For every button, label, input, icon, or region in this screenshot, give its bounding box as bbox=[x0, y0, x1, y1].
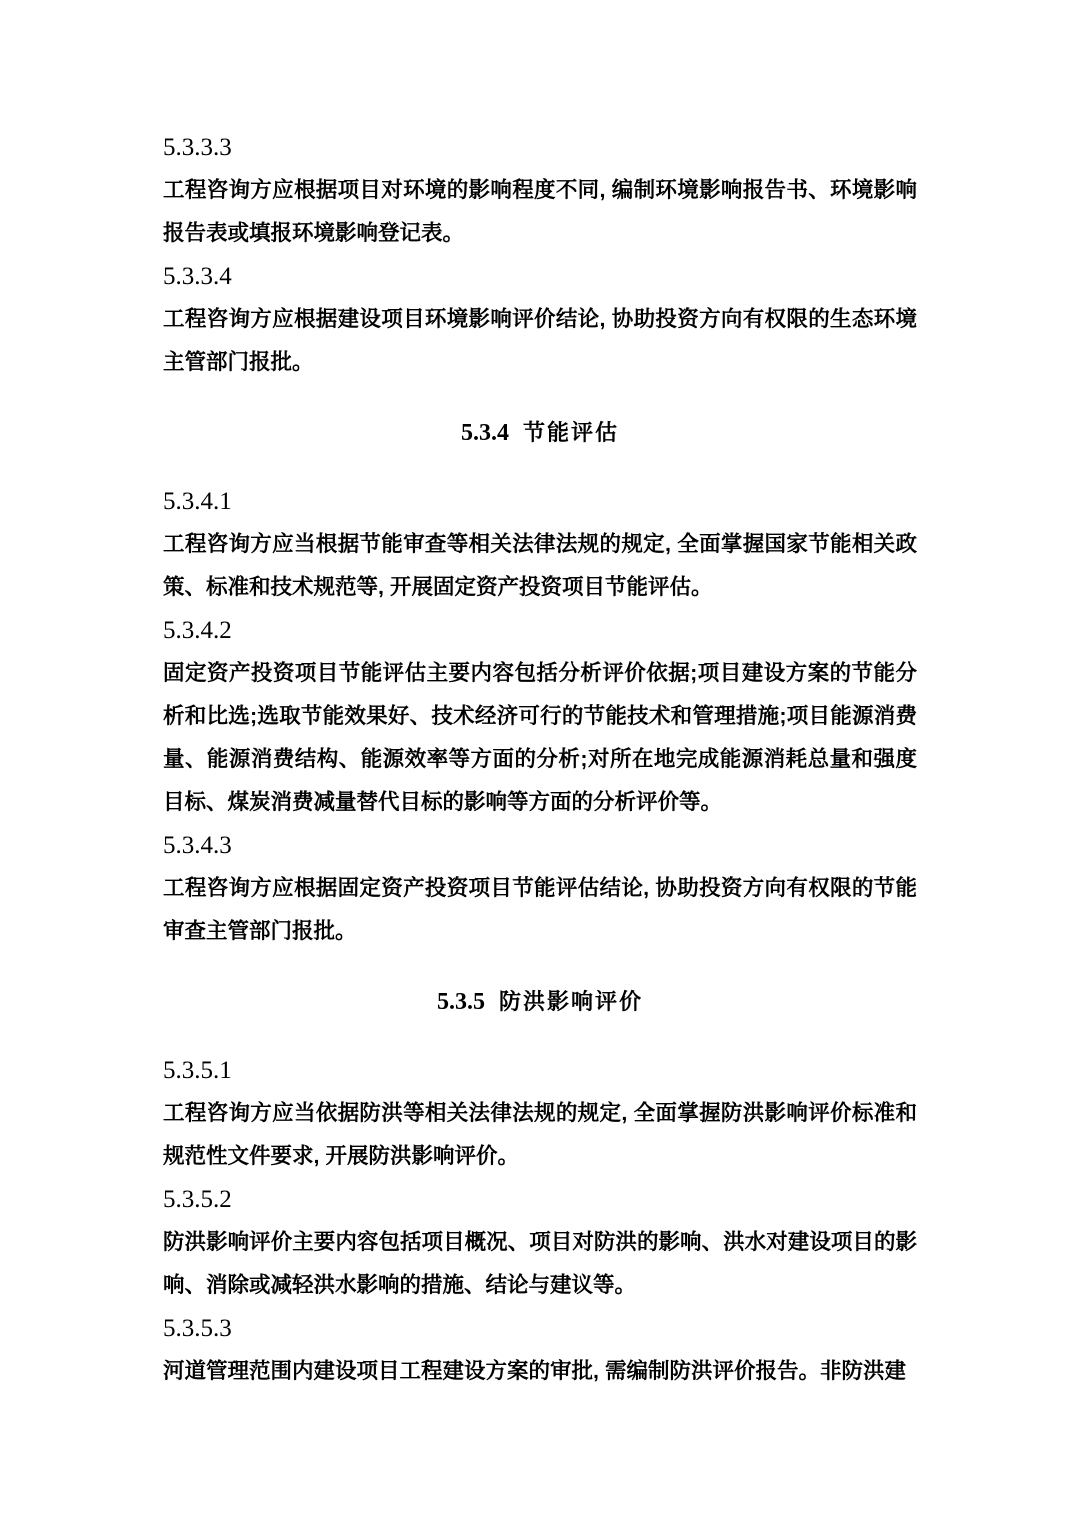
section-heading-number: 5.3.5 bbox=[437, 989, 485, 1015]
clause-paragraph-5-3-4-1: 工程咨询方应当根据节能审查等相关法律法规的规定, 全面掌握国家节能相关政策、标准… bbox=[163, 523, 917, 609]
section-heading-title: 节能评估 bbox=[523, 420, 619, 445]
clause-number-5-3-3-4: 5.3.3.4 bbox=[163, 255, 917, 298]
document-page: 5.3.3.3 工程咨询方应根据项目对环境的影响程度不同, 编制环境影响报告书、… bbox=[0, 0, 1080, 1527]
clause-paragraph-5-3-4-3: 工程咨询方应根据固定资产投资项目节能评估结论, 协助投资方向有权限的节能审查主管… bbox=[163, 867, 917, 953]
clause-number-5-3-5-2: 5.3.5.2 bbox=[163, 1178, 917, 1221]
clause-paragraph-5-3-3-4: 工程咨询方应根据建设项目环境影响评价结论, 协助投资方向有权限的生态环境主管部门… bbox=[163, 298, 917, 384]
section-heading-number: 5.3.4 bbox=[461, 420, 509, 446]
clause-paragraph-5-3-4-2: 固定资产投资项目节能评估主要内容包括分析评价依据;项目建设方案的节能分析和比选;… bbox=[163, 652, 917, 824]
clause-paragraph-5-3-5-3: 河道管理范围内建设项目工程建设方案的审批, 需编制防洪评价报告。非防洪建 bbox=[163, 1350, 917, 1393]
clause-number-5-3-3-3: 5.3.3.3 bbox=[163, 126, 917, 169]
section-heading-5-3-4: 5.3.4节能评估 bbox=[163, 411, 917, 455]
clause-paragraph-5-3-5-1: 工程咨询方应当依据防洪等相关法律法规的规定, 全面掌握防洪影响评价标准和规范性文… bbox=[163, 1092, 917, 1178]
clause-number-5-3-4-1: 5.3.4.1 bbox=[163, 480, 917, 523]
clause-number-5-3-5-3: 5.3.5.3 bbox=[163, 1307, 917, 1350]
clause-number-5-3-4-3: 5.3.4.3 bbox=[163, 824, 917, 867]
section-heading-5-3-5: 5.3.5防洪影响评价 bbox=[163, 980, 917, 1024]
clause-paragraph-5-3-3-3: 工程咨询方应根据项目对环境的影响程度不同, 编制环境影响报告书、环境影响报告表或… bbox=[163, 169, 917, 255]
clause-number-5-3-4-2: 5.3.4.2 bbox=[163, 609, 917, 652]
section-heading-title: 防洪影响评价 bbox=[499, 989, 643, 1014]
clause-number-5-3-5-1: 5.3.5.1 bbox=[163, 1049, 917, 1092]
clause-paragraph-5-3-5-2: 防洪影响评价主要内容包括项目概况、项目对防洪的影响、洪水对建设项目的影响、消除或… bbox=[163, 1221, 917, 1307]
